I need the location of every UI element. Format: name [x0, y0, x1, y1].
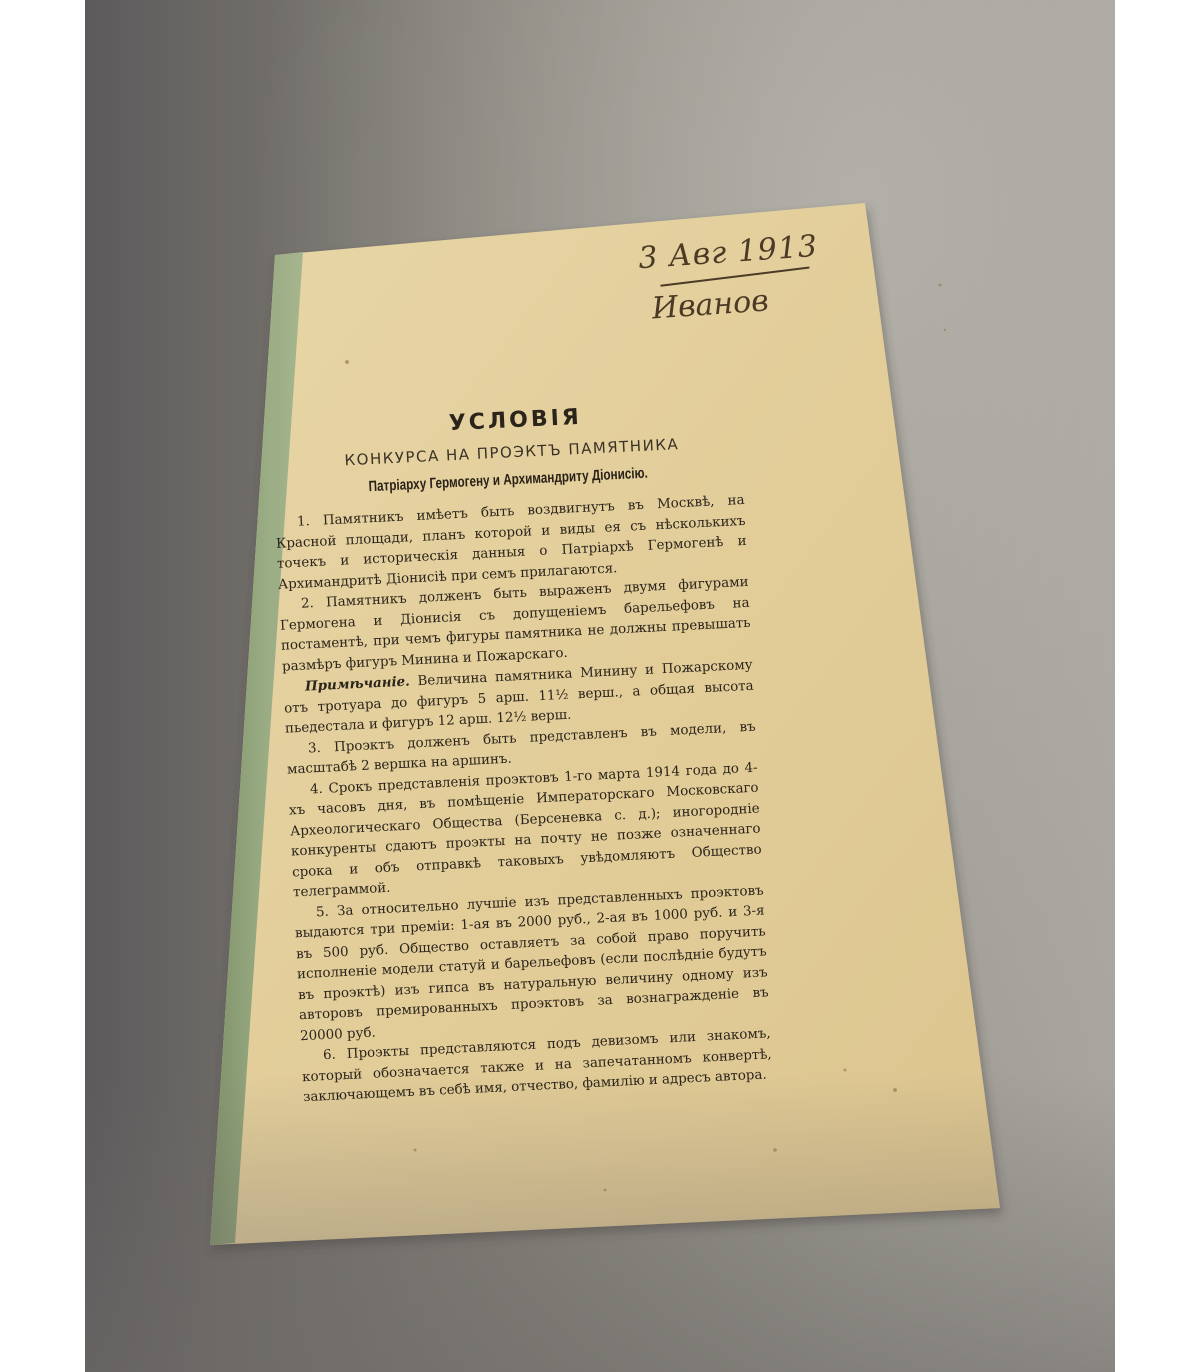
note-label: Примѣчаніе.: [305, 673, 410, 694]
paragraph-5: 5. За относительно лучшіе изъ представле…: [294, 881, 770, 1047]
handwritten-annotation: 3 Авг 1913 Иванов: [637, 229, 822, 327]
paragraph-4: 4. Срокъ представленія проэктовъ 1-го ма…: [288, 758, 763, 904]
document-dedication: Патріарху Гермогену и Архимандриту Діони…: [325, 462, 692, 497]
printed-text: УСЛОВІЯ КОНКУРСА НА ПРОЭКТЪ ПАМЯТНИКА Па…: [270, 397, 773, 1109]
